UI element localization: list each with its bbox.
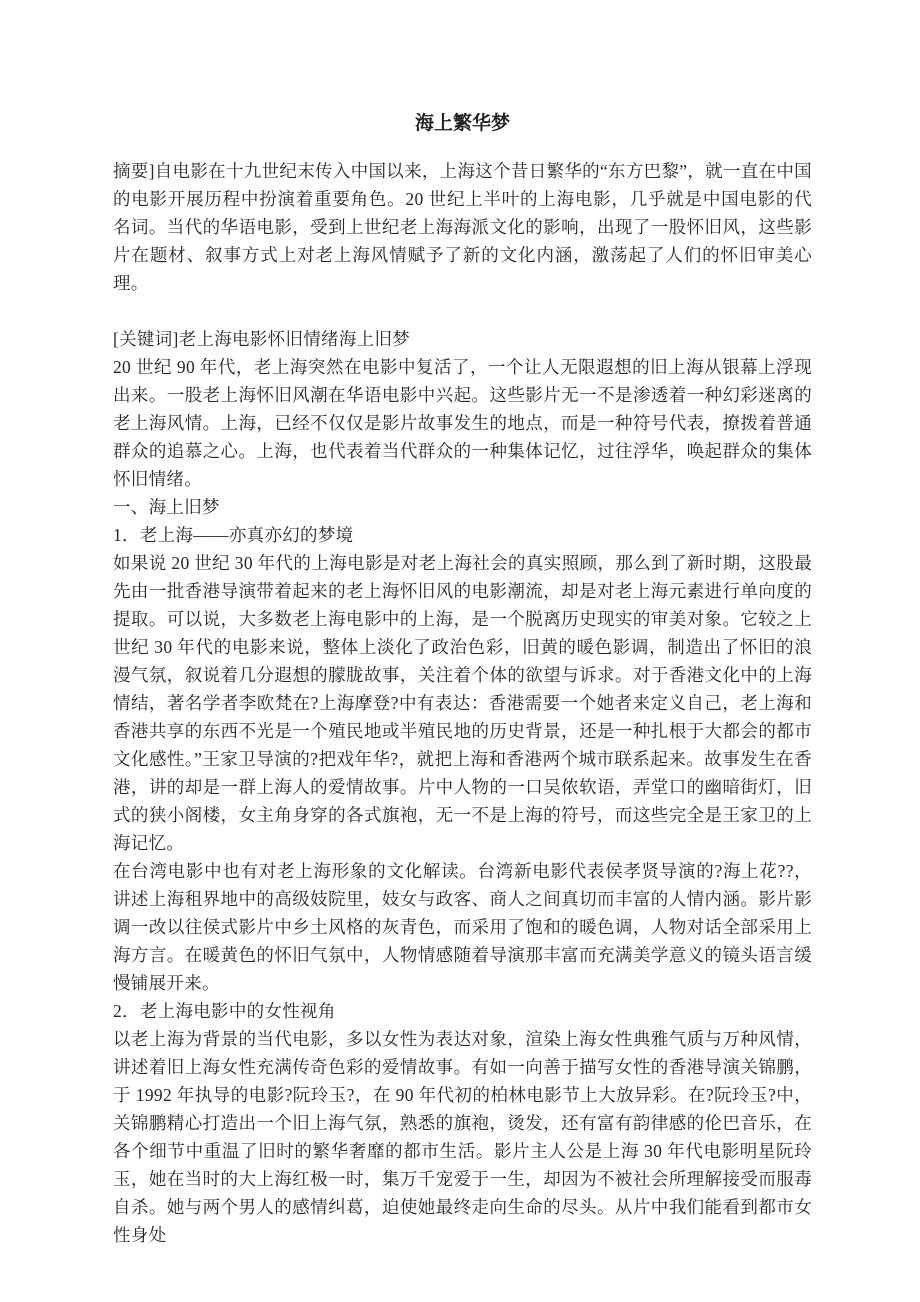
document-title: 海上繁华梦: [113, 110, 812, 137]
document-page: 海上繁华梦 摘要]自电影在十九世纪末传入中国以来，上海这个昔日繁华的“东方巴黎”…: [0, 0, 920, 1302]
abstract-paragraph: 摘要]自电影在十九世纪末传入中国以来，上海这个昔日繁华的“东方巴黎”，就一直在中…: [113, 157, 812, 297]
subsection-heading-1-2: 2．老上海电影中的女性视角: [113, 997, 812, 1025]
section-heading-1: 一、海上旧梦: [113, 493, 812, 521]
subsection-heading-1-1: 1．老上海——亦真亦幻的梦境: [113, 521, 812, 549]
document-content: 海上繁华梦 摘要]自电影在十九世纪末传入中国以来，上海这个昔日繁华的“东方巴黎”…: [113, 110, 812, 1249]
body-paragraph-hongkong: 如果说 20 世纪 30 年代的上海电影是对老上海社会的真实照顾，那么到了新时期…: [113, 549, 812, 857]
body-paragraph-female-perspective: 以老上海为背景的当代电影，多以女性为表达对象，渲染上海女性典雅气质与万种风情，讲…: [113, 1025, 812, 1249]
body-paragraph-taiwan: 在台湾电影中也有对老上海形象的文化解读。台湾新电影代表侯孝贤导演的?海上花??，…: [113, 857, 812, 997]
keywords-line: [关键词]老上海电影怀旧情绪海上旧梦: [113, 325, 812, 353]
intro-paragraph: 20 世纪 90 年代，老上海突然在电影中复活了，一个让人无限遐想的旧上海从银幕…: [113, 353, 812, 493]
